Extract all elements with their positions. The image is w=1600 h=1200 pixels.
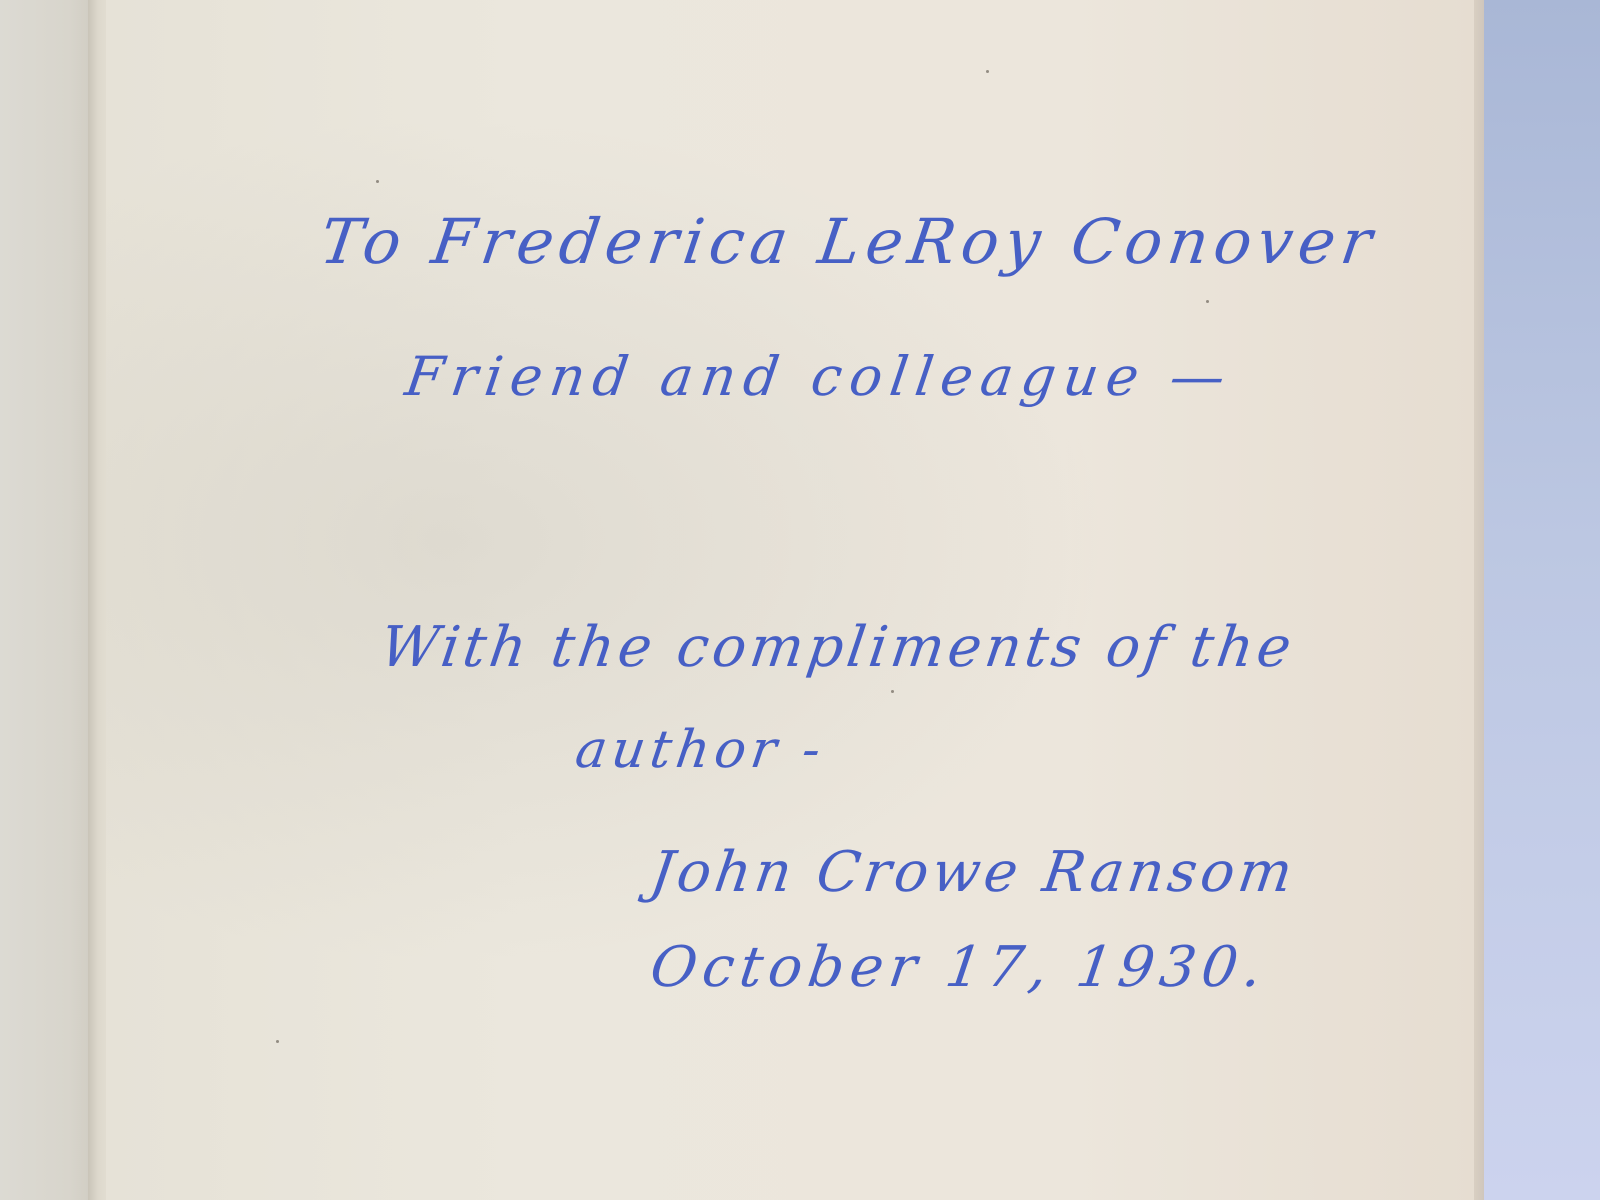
left-page-edge (0, 0, 98, 1200)
photo-scene: To Frederica LeRoy Conover Friend and co… (0, 0, 1600, 1200)
paper-speck (891, 690, 894, 693)
relationship-text: Friend and colleague (402, 345, 1151, 408)
relationship-line: Friend and colleague— (402, 345, 1229, 408)
dedication-line: To Frederica LeRoy Conover (316, 205, 1382, 278)
signature: John Crowe Ransom (646, 840, 1300, 905)
paper-speck (376, 180, 379, 183)
paper-speck (1206, 300, 1209, 303)
endpaper-page: To Frederica LeRoy Conover Friend and co… (106, 0, 1476, 1200)
inscription-date: October 17, 1930. (646, 935, 1271, 1000)
paper-speck (276, 1040, 279, 1043)
dash-mark: — (1166, 345, 1229, 408)
compliments-line: With the compliments of the (376, 615, 1299, 680)
paper-speck (986, 70, 989, 73)
author-line: author - (572, 720, 830, 780)
